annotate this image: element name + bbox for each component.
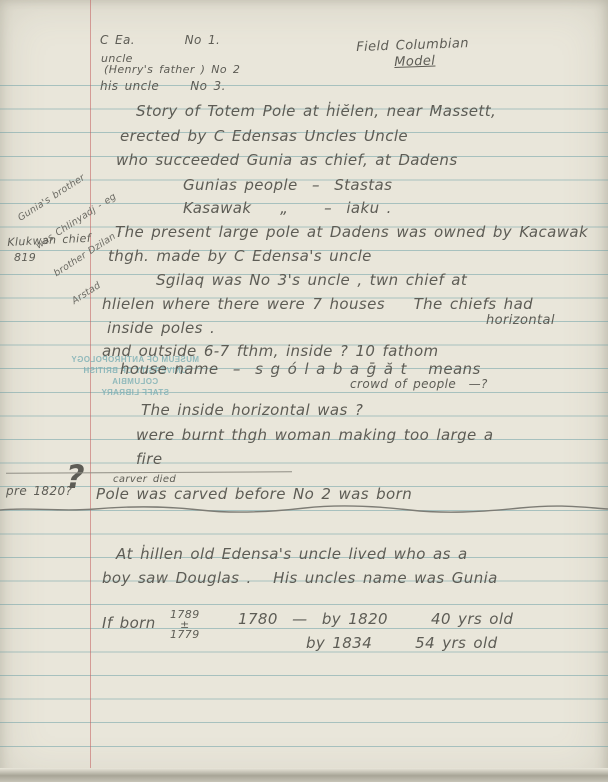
title-field-columbian: Field Columbian [356, 36, 469, 56]
title-model: Model [394, 54, 436, 71]
note-line: house name – s g ó l a b a ḡ ă t means [120, 360, 481, 378]
header-line-3: his uncle No 3. [100, 79, 226, 93]
note-line: horizontal [486, 313, 555, 329]
note-line: fire [136, 450, 162, 468]
paper-bottom-edge [0, 768, 608, 782]
note-line: Pole was carved before No 2 was born [96, 485, 412, 503]
note-line: who succeeded Gunia as chief, at Dadens [116, 151, 458, 169]
note-line: At ḣillen old Edensa's uncle lived who a… [116, 545, 468, 563]
header-line-1: C Ea. No 1. [100, 33, 220, 47]
note-line: Kasawak „ – iaku . [183, 199, 392, 217]
pencil-divider-wavy [0, 503, 608, 515]
note-line: crowd of people —? [350, 377, 488, 391]
note-line: boy saw Douglas . His uncles name was Gu… [102, 569, 498, 587]
if-born-label: If born [102, 614, 156, 632]
margin-pre-1820: pre 1820? [6, 484, 72, 498]
header-line-2b: (Henry's father ) No 2 [104, 63, 240, 76]
margin-klukwan-number: 819 [14, 251, 36, 264]
note-line: and outside 6-7 fthm, inside ? 10 fathom [102, 342, 439, 360]
year-fraction: 1789±1779 [170, 610, 200, 640]
note-line: 1780 — by 1820 40 yrs old [238, 610, 513, 628]
stamp-line: STAFF LIBRARY [56, 387, 214, 398]
note-line: by 1834 54 yrs old [306, 634, 498, 652]
note-line: hlielen where there were 7 houses The ch… [102, 295, 533, 313]
margin-question-mark: ? [66, 458, 85, 496]
note-line: thgh. made by C Edensa's uncle [108, 247, 372, 265]
note-line: The present large pole at Dadens was own… [115, 223, 588, 241]
note-line: Story of Totem Pole at ḣiĕlen, near Mass… [136, 102, 496, 120]
note-line-dates: If born 1789±1779 [102, 610, 200, 640]
note-line: Gunias people – Stastas [183, 176, 392, 194]
note-line: Sgilaq was No 3's uncle , twn chief at [156, 271, 467, 289]
note-line: The inside horizontal was ? [141, 401, 363, 419]
note-line: erected by C Edensas Uncles Uncle [120, 127, 408, 145]
scanned-notebook-page: MUSEUM OF ANTHROPOLOGY UNIVERSITY OF BRI… [0, 0, 608, 782]
note-line: inside poles . [107, 319, 215, 337]
note-line: were burnt thgh woman making too large a [136, 426, 493, 444]
